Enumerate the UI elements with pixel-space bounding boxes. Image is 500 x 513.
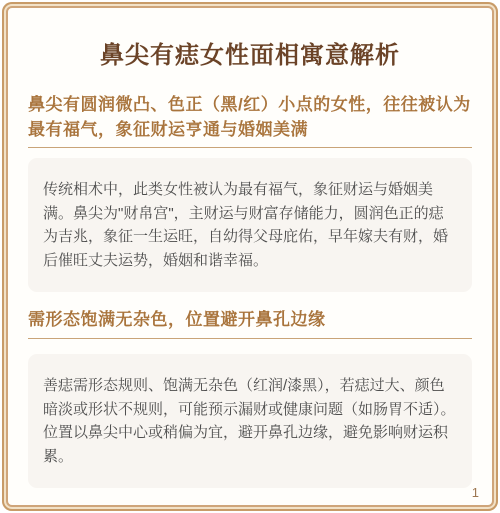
page-number: 1 [472,486,479,500]
card-text: 传统相术中，此类女性被认为最有福气，象征财运与婚姻美满。鼻尖为"财帛宫"，主财运… [43,178,457,272]
info-card: 传统相术中，此类女性被认为最有福气，象征财运与婚姻美满。鼻尖为"财帛宫"，主财运… [28,158,472,292]
document-page: 鼻尖有痣女性面相寓意解析 鼻尖有圆润微凸、色正（黑/红）小点的女性，往往被认为最… [2,2,498,511]
page-content: 鼻尖有痣女性面相寓意解析 鼻尖有圆润微凸、色正（黑/红）小点的女性，往往被认为最… [2,2,498,511]
lead-paragraph: 鼻尖有圆润微凸、色正（黑/红）小点的女性，往往被认为最有福气，象征财运亨通与婚姻… [28,92,472,142]
info-card: 善痣需形态规则、饱满无杂色（红润/漆黑），若痣过大、颜色暗淡或形状不规则，可能预… [28,354,472,488]
divider [28,338,472,339]
page-title: 鼻尖有痣女性面相寓意解析 [28,2,472,70]
section-heading: 需形态饱满无杂色，位置避开鼻孔边缘 [28,309,472,331]
card-text: 善痣需形态规则、饱满无杂色（红润/漆黑），若痣过大、颜色暗淡或形状不规则，可能预… [43,374,457,468]
divider [28,147,472,148]
